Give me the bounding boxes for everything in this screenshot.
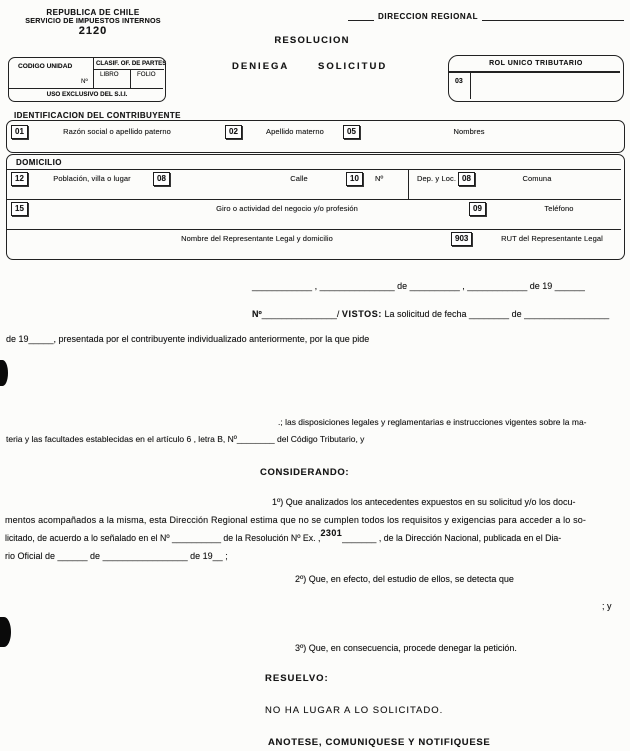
form-number: 2120 (18, 25, 168, 38)
domicilio-box: DOMICILIO 12 Población, villa o lugar 08… (6, 154, 625, 260)
field-code-15: 15 (11, 202, 28, 216)
direccion-regional-blank-value (482, 10, 624, 21)
field-label-giro: Giro o actividad del negocio y/o profesi… (216, 205, 358, 214)
domicilio-row-separator-2 (7, 229, 621, 230)
field-code-09: 09 (469, 202, 486, 216)
field-code-01: 01 (11, 125, 28, 139)
rut-box-header-line (449, 71, 620, 73)
no-ha-lugar-line: NO HA LUGAR A LO SOLICITADO. (265, 706, 443, 717)
resolucion-ex-number: 2301 (321, 528, 343, 538)
resolution-number-label: Nº (252, 309, 262, 319)
codigo-unidad-no-label: Nº (81, 78, 88, 85)
hole-punch-mark-bottom (0, 617, 11, 647)
folio-label: FOLIO (137, 71, 156, 78)
codigo-box-divider (93, 58, 94, 88)
disposiciones-line-2: teria y las facultades establecidas en e… (6, 435, 364, 445)
considerando-1-line-3: licitado, de acuerdo a lo señalado en el… (5, 533, 561, 543)
field-label-representante: Nombre del Representante Legal y domicil… (181, 235, 333, 244)
anotese-line: ANOTESE, COMUNIQUESE Y NOTIFIQUESE (268, 738, 490, 749)
field-label-nombres: Nombres (453, 128, 484, 137)
direccion-regional-blank-prefix (348, 10, 374, 21)
rut-box: ROL UNICO TRIBUTARIO 03 (448, 55, 624, 102)
clasif-sub-line (93, 69, 164, 70)
resuelvo-heading: RESUELVO: (265, 674, 329, 685)
field-label-dep-loc: Dep. y Loc. (417, 175, 456, 184)
dep-cell-divider (408, 170, 409, 199)
vistos-keyword: VISTOS: (342, 309, 382, 319)
rut-box-title: ROL UNICO TRIBUTARIO (489, 60, 583, 68)
field-label-rut-representante: RUT del Representante Legal (501, 235, 603, 244)
solicitud-label: SOLICITUD (318, 62, 387, 73)
field-label-calle: Calle (290, 175, 308, 184)
field-label-poblacion: Población, villa o lugar (53, 175, 130, 184)
direccion-regional-line: DIRECCION REGIONAL (348, 10, 624, 21)
field-code-08-calle: 08 (153, 172, 170, 186)
direccion-regional-label: DIRECCION REGIONAL (374, 12, 482, 21)
rut-box-cell-divider (470, 71, 471, 99)
considerando-heading: CONSIDERANDO: (260, 468, 349, 479)
field-code-12: 12 (11, 172, 28, 186)
identificacion-box: 01 Razón social o apellido paterno 02 Ap… (6, 120, 625, 153)
service-name: SERVICIO DE IMPUESTOS INTERNOS (18, 17, 168, 25)
uso-exclusivo-separator (9, 88, 163, 89)
codigo-unidad-label: CODIGO UNIDAD (18, 63, 72, 71)
identificacion-title: IDENTIFICACION DEL CONTRIBUYENTE (14, 111, 181, 120)
domicilio-title: DOMICILIO (16, 158, 62, 167)
field-label-apellido-materno: Apellido materno (266, 128, 324, 137)
considerando-3-line: 3º) Que, en consecuencia, procede denega… (295, 643, 517, 653)
vistos-line: Nº_______________/ VISTOS: La solicitud … (252, 309, 609, 319)
form-title: RESOLUCION (274, 36, 349, 47)
field-label-numero: Nº (375, 175, 383, 184)
agency-header: REPUBLICA DE CHILE SERVICIO DE IMPUESTOS… (18, 8, 168, 38)
domicilio-row-separator-1 (7, 199, 621, 200)
field-label-razon-social: Razón social o apellido paterno (63, 128, 171, 137)
field-code-10: 10 (346, 172, 363, 186)
domicilio-title-separator (7, 169, 621, 170)
field-code-08-comuna: 08 (458, 172, 475, 186)
field-label-comuna: Comuna (523, 175, 552, 184)
field-code-02: 02 (225, 125, 242, 139)
codigo-unidad-box: CODIGO UNIDAD Nº CLASIF. OF. DE PARTES L… (8, 57, 166, 102)
deniega-label: DENIEGA (232, 62, 289, 73)
field-label-telefono: Teléfono (544, 205, 573, 214)
presentada-line: de 19_____, presentada por el contribuye… (6, 334, 369, 344)
clasif-partes-label: CLASIF. OF. DE PARTES (96, 60, 166, 67)
vistos-text: La solicitud de fecha ________ de ______… (384, 309, 609, 319)
considerando-1-line-3-text-a: licitado, de acuerdo a lo señalado en el… (5, 533, 321, 543)
considerando-1-line-3-text-b: _______ , de la Dirección Nacional, publ… (342, 533, 561, 543)
y-continuation-mark: ; y (602, 601, 612, 611)
field-code-05: 05 (343, 125, 360, 139)
considerando-1-line-1: 1º) Que analizados los antecedentes expu… (272, 497, 575, 507)
libro-label: LIBRO (100, 71, 119, 78)
considerando-2-line: 2º) Que, en efecto, del estudio de ellos… (295, 574, 514, 584)
field-code-903: 903 (451, 232, 472, 246)
considerando-1-line-4: rio Oficial de ______ de _______________… (5, 551, 228, 561)
libro-folio-divider (130, 69, 131, 88)
disposiciones-line-1: .; las disposiciones legales y reglament… (278, 418, 587, 428)
hole-punch-mark-top (0, 360, 8, 386)
uso-exclusivo-label: USO EXCLUSIVO DEL S.I.I. (47, 91, 128, 98)
considerando-1-line-2: mentos acompañados a la misma, esta Dire… (5, 515, 586, 525)
place-date-line: ____________ , _______________ de ______… (252, 281, 585, 291)
scanned-resolution-form: REPUBLICA DE CHILE SERVICIO DE IMPUESTOS… (0, 0, 630, 751)
resolution-number-blank: _______________/ (262, 309, 340, 319)
rut-box-code: 03 (455, 78, 463, 86)
